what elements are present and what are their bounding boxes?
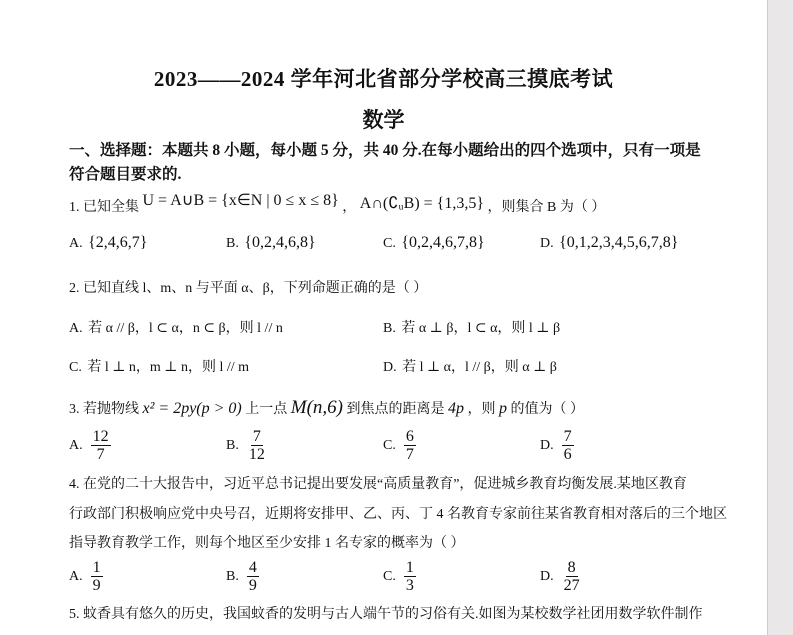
question-4-option-a: A. 19 — [69, 559, 103, 594]
question-2-option-a: A. 若 α // β，l ⊂ α，n ⊂ β，则 l // n — [69, 317, 283, 337]
option-value: 若 l ⊥ n，m ⊥ n，则 l // m — [87, 360, 249, 375]
option-label: C. — [383, 569, 396, 585]
option-label: A. — [69, 236, 83, 251]
question-number: 2. — [69, 281, 80, 296]
option-label: D. — [540, 236, 554, 251]
option-label: D. — [383, 360, 397, 375]
fraction: 827 — [562, 559, 582, 594]
option-label: B. — [226, 438, 239, 454]
option-value: 若 α ⊥ β，l ⊂ α，则 l ⊥ β — [401, 321, 560, 336]
fraction: 127 — [91, 428, 111, 463]
question-3-option-c: C. 67 — [383, 428, 416, 463]
fraction: 13 — [404, 559, 416, 594]
option-label: A. — [69, 438, 83, 454]
viewer-side-panel[interactable] — [767, 0, 793, 635]
question-text: 已知全集 — [83, 200, 139, 215]
option-label: C. — [383, 236, 396, 251]
math-expression: x² = 2py(p > 0) — [143, 400, 242, 417]
question-1-option-c: C. {0,2,4,6,7,8} — [383, 234, 485, 252]
question-2-option-c: C. 若 l ⊥ n，m ⊥ n，则 l // m — [69, 356, 249, 376]
option-label: D. — [540, 438, 554, 454]
question-text: 已知直线 l、m、n 与平面 α、β，下列命题正确的是（ ） — [83, 281, 427, 296]
question-number: 1. — [69, 200, 80, 215]
question-4-stem-line-2: 行政部门积极响应党中央号召，近期将安排甲、乙、丙、丁 4 名教育专家前往某省教育… — [69, 503, 727, 523]
math-expression: p — [499, 400, 507, 417]
question-4-option-c: C. 13 — [383, 559, 416, 594]
question-4-stem-line-1: 4. 在党的二十大报告中，习近平总书记提出要发展“高质量教育”，促进城乡教育均衡… — [69, 473, 687, 493]
question-2-option-d: D. 若 l ⊥ α，l // β，则 α ⊥ β — [383, 356, 557, 376]
option-value: {0,2,4,6,8} — [244, 234, 315, 251]
question-text: ，则 — [467, 402, 495, 417]
option-value: 若 l ⊥ α，l // β，则 α ⊥ β — [402, 360, 557, 375]
question-text: 若抛物线 — [83, 402, 139, 417]
exam-subject: 数学 — [0, 104, 767, 134]
question-1-option-d: D. {0,1,2,3,4,5,6,7,8} — [540, 234, 678, 252]
option-label: C. — [69, 360, 82, 375]
option-value: {0,1,2,3,4,5,6,7,8} — [559, 234, 678, 251]
fraction: 76 — [562, 428, 574, 463]
document-page: 2023——2024 学年河北省部分学校高三摸底考试 数学 一、选择题：本题共 … — [0, 0, 767, 635]
option-label: B. — [226, 569, 239, 585]
question-text: 的值为（ ） — [510, 402, 584, 417]
option-label: A. — [69, 321, 83, 336]
question-4-stem-line-3: 指导教育教学工作，则每个地区至少安排 1 名专家的概率为（ ） — [69, 532, 465, 552]
fraction: 19 — [91, 559, 103, 594]
question-3-option-b: B. 712 — [226, 428, 267, 463]
option-label: D. — [540, 569, 554, 585]
option-label: C. — [383, 438, 396, 454]
option-value: {2,4,6,7} — [88, 234, 147, 251]
question-2-option-b: B. 若 α ⊥ β，l ⊂ α，则 l ⊥ β — [383, 317, 560, 337]
option-label: B. — [383, 321, 396, 336]
exam-title: 2023——2024 学年河北省部分学校高三摸底考试 — [0, 63, 767, 93]
question-3-option-a: A. 127 — [69, 428, 111, 463]
question-5-stem-line-1: 5. 蚊香具有悠久的历史，我国蚊香的发明与古人端午节的习俗有关.如图为某校数学社… — [69, 603, 703, 623]
question-text: ，则集合 B 为（ ） — [488, 200, 606, 215]
question-number: 3. — [69, 402, 80, 417]
math-expression: U = A∪B = {x∈N | 0 ≤ x ≤ 8} — [143, 192, 339, 209]
option-value: 若 α // β，l ⊂ α，n ⊂ β，则 l // n — [88, 321, 283, 336]
option-label: B. — [226, 236, 239, 251]
option-value: {0,2,4,6,7,8} — [401, 234, 484, 251]
question-3-option-d: D. 76 — [540, 428, 574, 463]
math-expression: M(n,6) — [291, 397, 343, 418]
question-4-option-b: B. 49 — [226, 559, 259, 594]
question-text: ， — [342, 200, 356, 215]
question-1-option-b: B. {0,2,4,6,8} — [226, 234, 316, 252]
question-text: 上一点 — [245, 402, 287, 417]
section-header: 一、选择题：本题共 8 小题，每小题 5 分，共 40 分.在每小题给出的四个选… — [69, 139, 709, 187]
question-2-stem: 2. 已知直线 l、m、n 与平面 α、β，下列命题正确的是（ ） — [69, 277, 427, 297]
question-1-stem: 1. 已知全集 U = A∪B = {x∈N | 0 ≤ x ≤ 8} ， A∩… — [69, 196, 605, 216]
fraction: 67 — [404, 428, 416, 463]
fraction: 49 — [247, 559, 259, 594]
math-expression: 4p — [448, 400, 464, 417]
question-1-option-a: A. {2,4,6,7} — [69, 234, 147, 252]
math-expression: A∩(∁ᵤB) = {1,3,5} — [360, 195, 484, 212]
question-4-option-d: D. 827 — [540, 559, 582, 594]
question-3-stem: 3. 若抛物线 x² = 2py(p > 0) 上一点 M(n,6) 到焦点的距… — [69, 397, 584, 419]
question-text: 到焦点的距离是 — [346, 402, 444, 417]
option-label: A. — [69, 569, 83, 585]
fraction: 712 — [247, 428, 267, 463]
